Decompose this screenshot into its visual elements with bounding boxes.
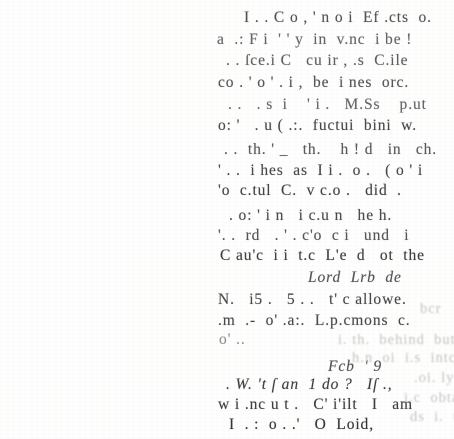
text-line: . . . s i ' i . M.Ss p.ut — [228, 95, 427, 114]
text-line: . . th. ' _ th. h ! d in ch. — [224, 140, 437, 159]
text-line: 'o c.tul C. v c.o . did . — [218, 181, 402, 200]
text-line: .m .- o' .a:. L.p.cmons c. — [218, 311, 411, 330]
text-line: I . . C o , ' n o i Ef .cts o. — [244, 8, 432, 27]
text-line: w i .nc u t . C' i'ilt I am — [218, 395, 413, 414]
text-line-citation: Lord Lrb de — [308, 268, 402, 287]
text-line: ' . . i hes as I i . o . ( o ' i — [218, 161, 423, 180]
text-line: co . ' o ' . i , be i nes orc. — [218, 73, 409, 92]
text-line: . W. 't ſ an 1 do ? Iſ ., — [226, 375, 393, 394]
ghost-line: i.c obtained — [404, 389, 454, 407]
text-line: . . ſce.i C cu ir , .s C.ile — [226, 51, 408, 70]
text-line: . o: ' i n i c.u n he h. — [229, 206, 392, 225]
text-line: o: ' . u ( .:. fuctui bini w. — [218, 116, 417, 135]
text-line: a .: F i ' ' y in v.nc i be ! — [217, 30, 412, 49]
text-line: o' .. — [219, 330, 246, 349]
ghost-line: h.n oi i.s intcnuie — [352, 349, 454, 367]
text-line: N. i5 . 5 . . t' c allowe. — [218, 290, 407, 309]
ghost-line: ds i. u. - — [410, 408, 454, 426]
page-scan: I . . C o , ' n o i Ef .cts o. a .: F i … — [0, 0, 454, 439]
ghost-line: .oi. ly — [414, 369, 454, 387]
ghost-line: bcr — [420, 300, 442, 318]
text-line: '. . rd . ' . c'o c i und i — [218, 226, 409, 245]
ghost-line: i. th. behind but .e — [338, 331, 454, 349]
text-line: C au'c i i t.c L'e d ot the — [220, 246, 425, 265]
text-line: I . : o . .' O Loid, — [229, 415, 374, 434]
